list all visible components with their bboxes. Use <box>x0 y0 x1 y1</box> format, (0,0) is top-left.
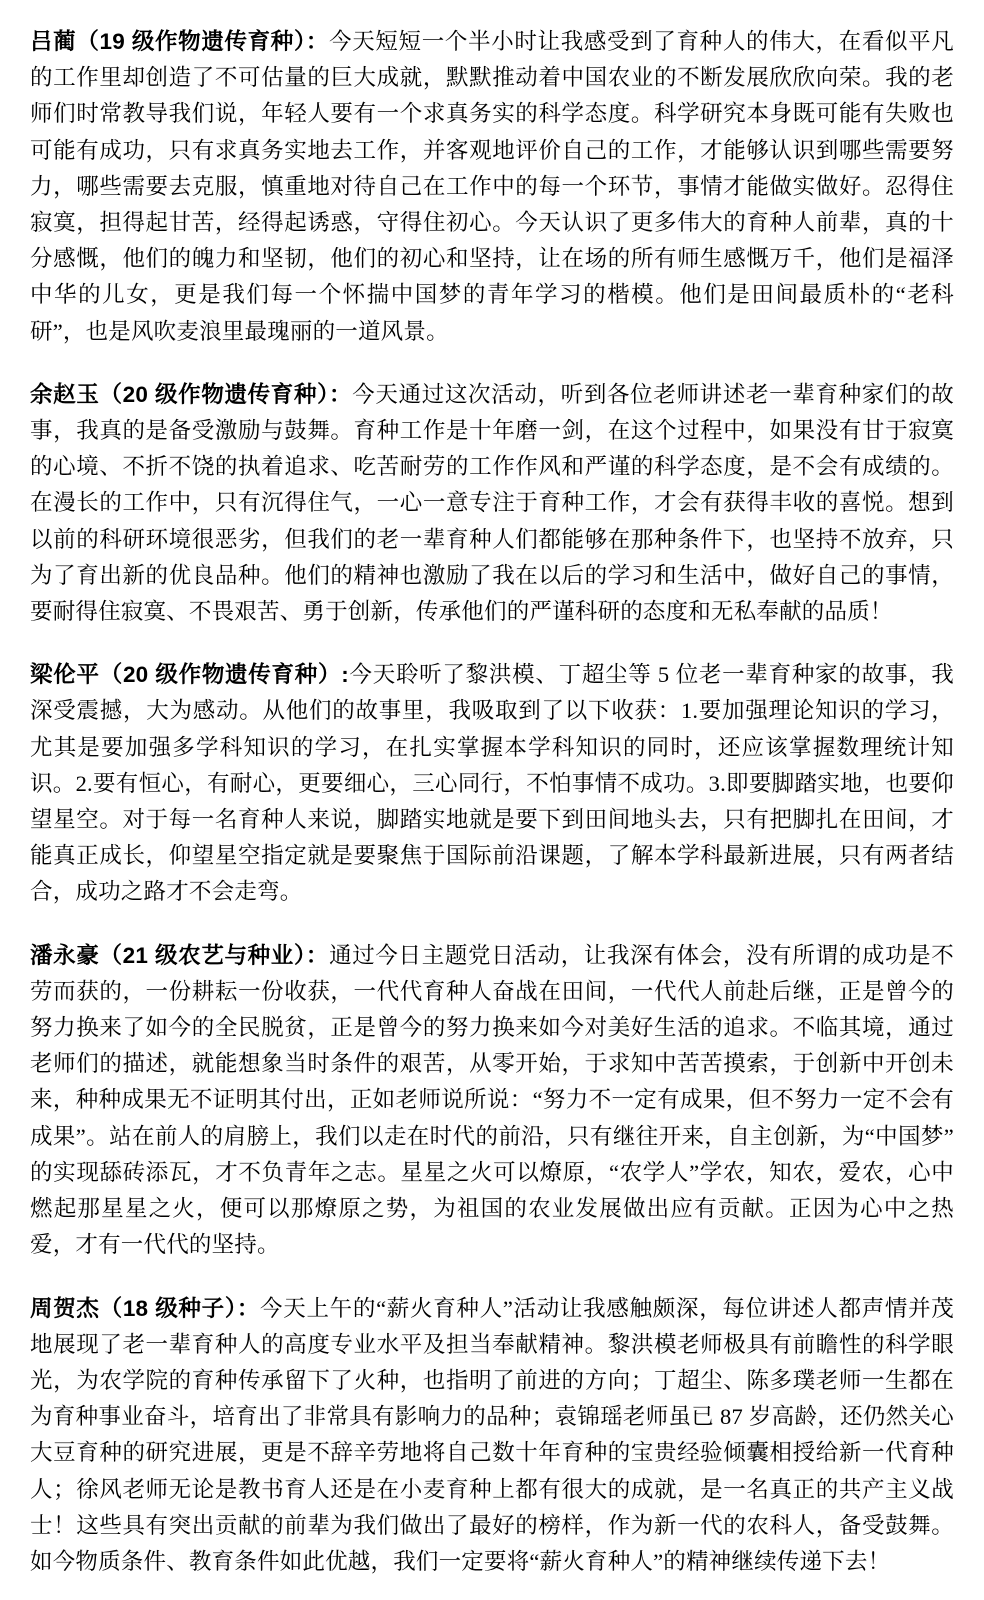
document-page: 吕蔺（19 级作物遗传育种）：今天短短一个半小时让我感受到了育种人的伟大，在看似… <box>0 0 984 1600</box>
reflection-text: 通过今日主题党日活动，让我深有体会，没有所谓的成功是不劳而获的，一份耕耘一份收获… <box>30 943 954 1258</box>
reflection-paragraph-yu-zhaoyu: 余赵玉（20 级作物遗传育种）：今天通过这次活动，听到各位老师讲述老一辈育种家们… <box>30 377 954 630</box>
reflection-paragraph-pan-yonghao: 潘永豪（21 级农艺与种业）：通过今日主题党日活动，让我深有体会，没有所谓的成功… <box>30 938 954 1264</box>
reflection-text: 今天通过这次活动，听到各位老师讲述老一辈育种家们的故事，我真的是备受激励与鼓舞。… <box>30 382 954 624</box>
reflection-text: 今天聆听了黎洪模、丁超尘等 5 位老一辈育种家的故事，我深受震撼，大为感动。从他… <box>30 662 954 904</box>
speaker-label: 吕蔺（19 级作物遗传育种）： <box>30 29 329 54</box>
reflection-paragraph-lv-lin: 吕蔺（19 级作物遗传育种）：今天短短一个半小时让我感受到了育种人的伟大，在看似… <box>30 24 954 350</box>
speaker-label: 周贺杰（18 级种子）： <box>30 1296 260 1321</box>
reflection-paragraph-liang-lunping: 梁伦平（20 级作物遗传育种）:今天聆听了黎洪模、丁超尘等 5 位老一辈育种家的… <box>30 657 954 910</box>
speaker-label: 梁伦平（20 级作物遗传育种）: <box>30 662 349 687</box>
speaker-label: 潘永豪（21 级农艺与种业）： <box>30 943 329 968</box>
reflection-text: 今天上午的“薪火育种人”活动让我感触颇深，每位讲述人都声情并茂地展现了老一辈育种… <box>30 1296 954 1574</box>
speaker-label: 余赵玉（20 级作物遗传育种）： <box>30 382 352 407</box>
reflection-text: 今天短短一个半小时让我感受到了育种人的伟大，在看似平凡的工作里却创造了不可估量的… <box>30 29 954 344</box>
reflection-paragraph-zhou-hejie: 周贺杰（18 级种子）：今天上午的“薪火育种人”活动让我感触颇深，每位讲述人都声… <box>30 1291 954 1581</box>
